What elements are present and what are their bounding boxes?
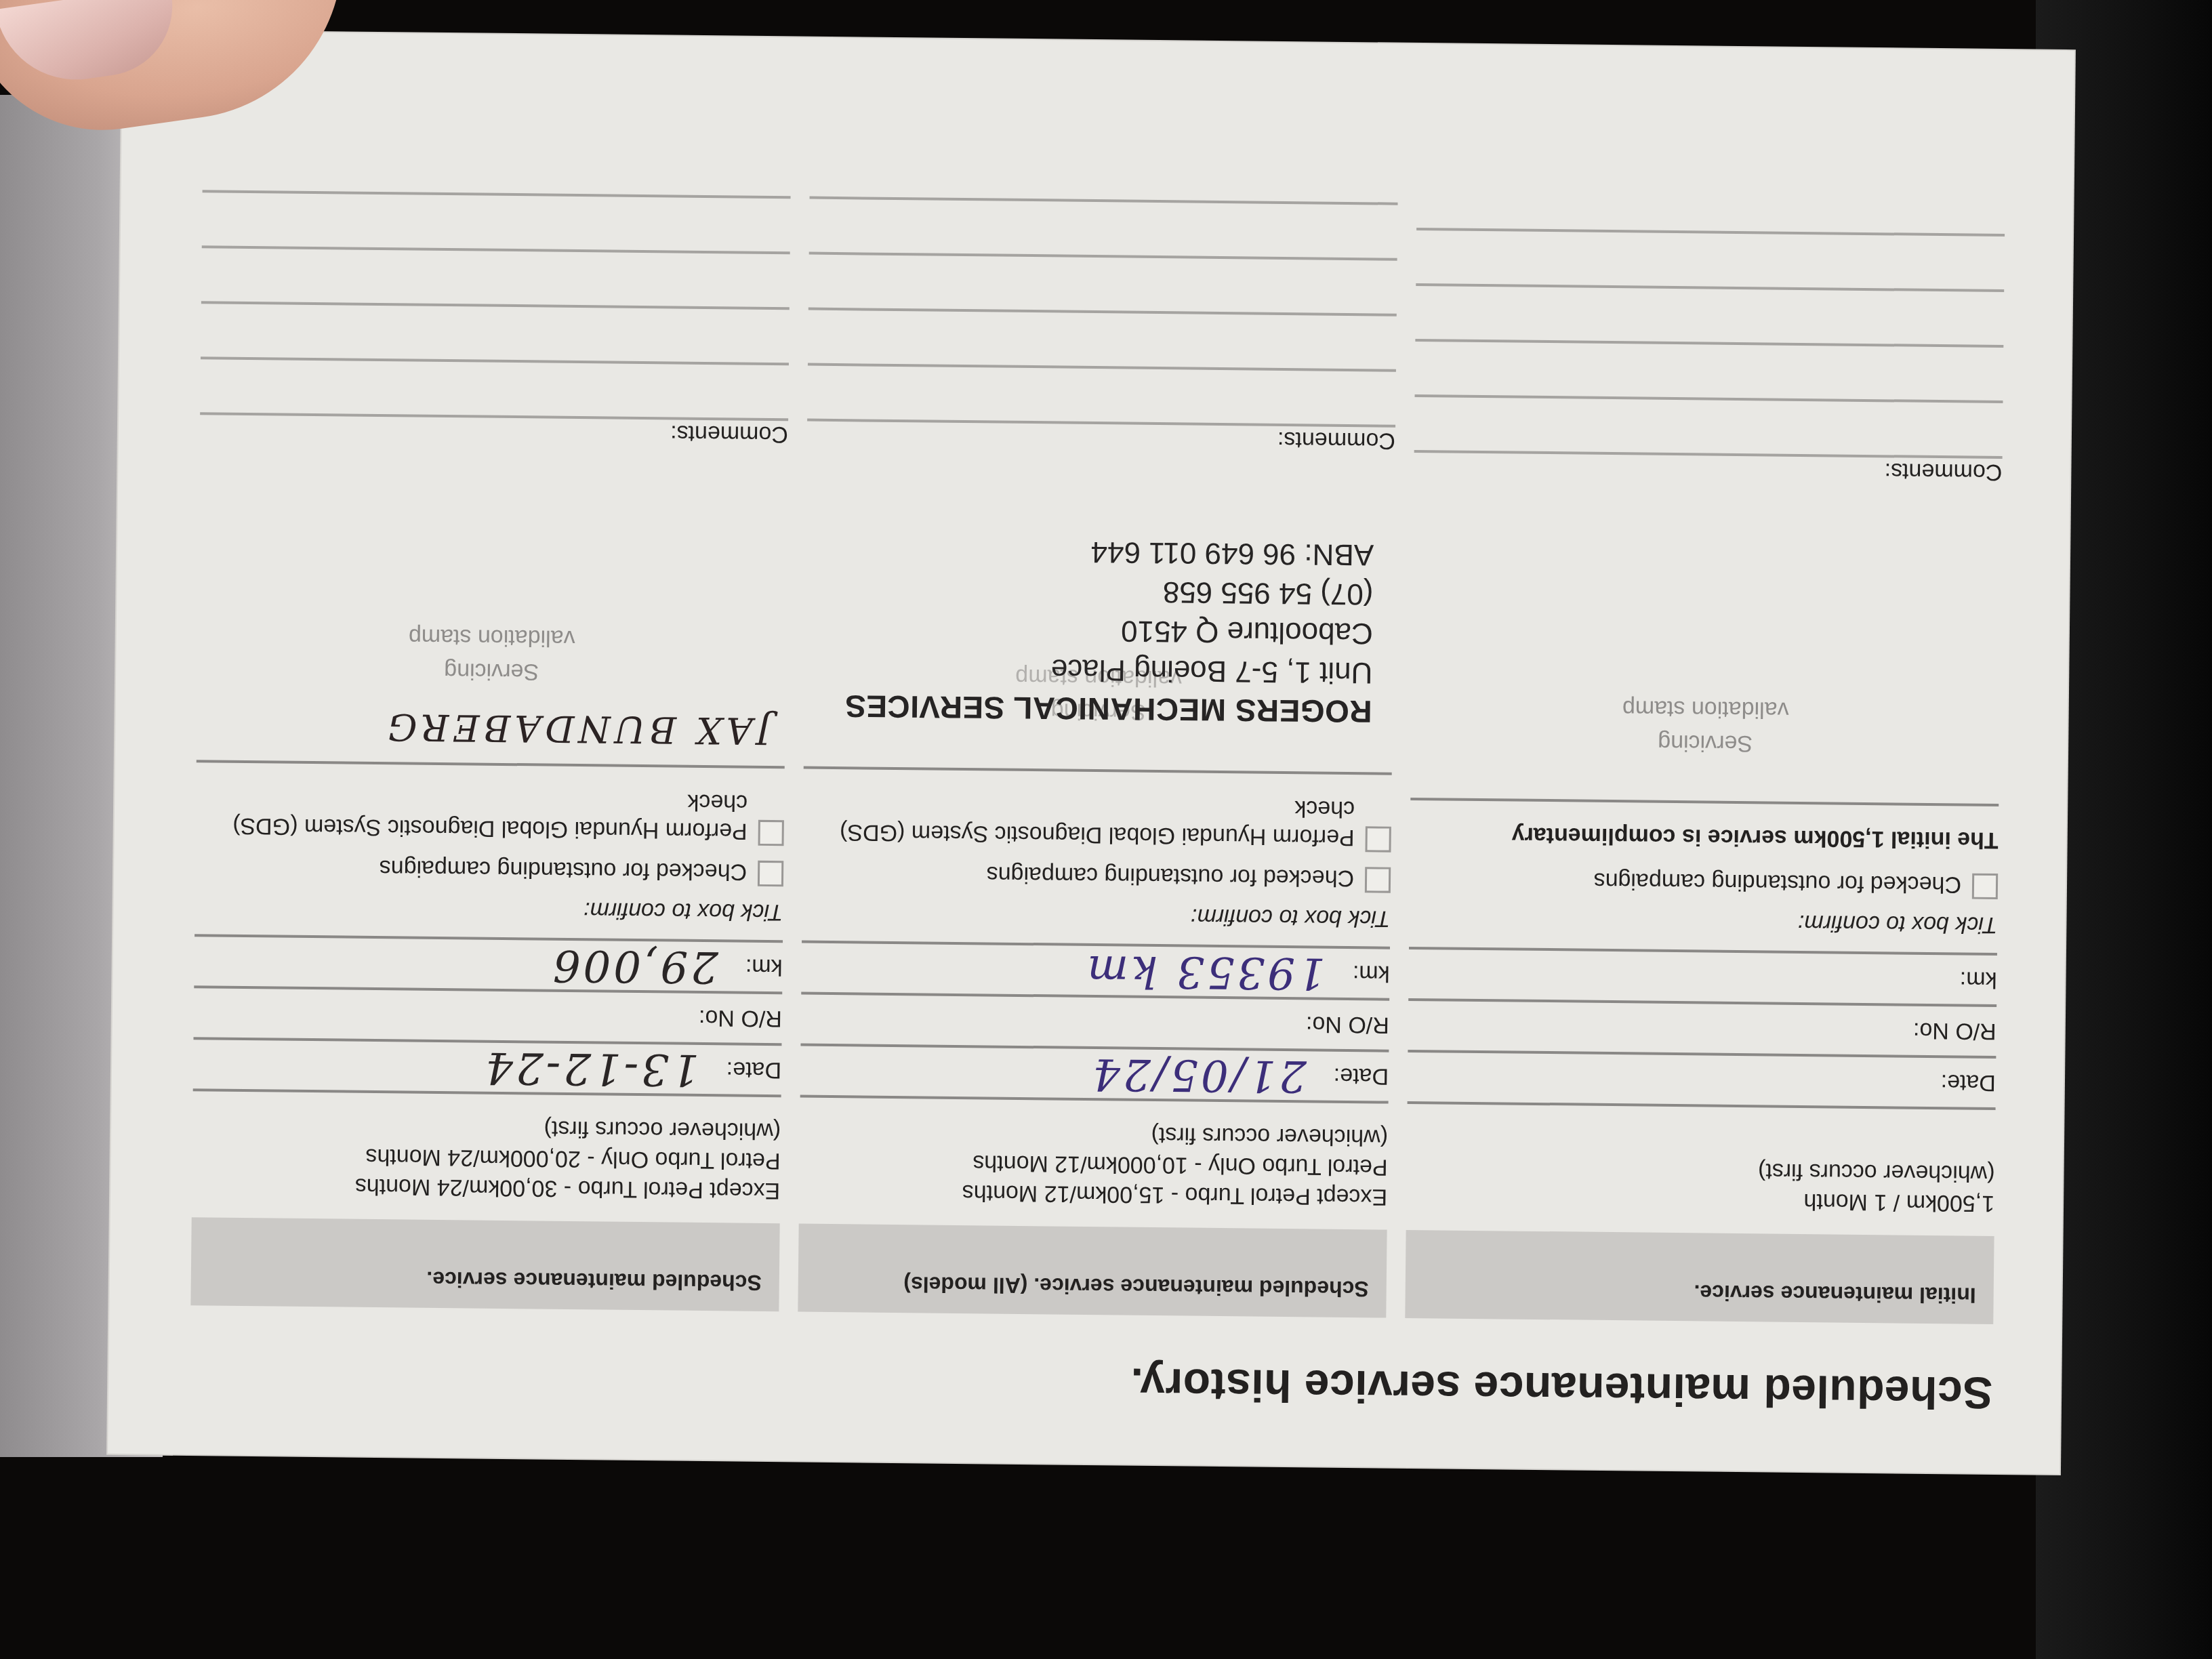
comments-label: Comments: — [200, 415, 788, 447]
checkbox-label: Checked for outstanding campaigns — [379, 854, 747, 886]
comment-line[interactable] — [1415, 286, 2004, 348]
stamp-address-line: Caboolture Q 4510 — [846, 608, 1374, 653]
fingernail — [0, 0, 181, 90]
comment-line[interactable] — [200, 359, 789, 421]
checkbox-label: Checked for outstanding campaigns — [1593, 867, 1961, 899]
complimentary-note: The initial 1,500km service is complimen… — [1410, 821, 1999, 853]
ro-number-field[interactable]: R/O No: — [800, 995, 1389, 1052]
checkbox[interactable] — [1972, 874, 1998, 899]
interval-line: (whichever occurs first) — [800, 1117, 1388, 1153]
checkbox[interactable] — [758, 820, 784, 846]
interval-line: (whichever occurs first) — [1406, 1153, 1994, 1189]
checkbox-outstanding-campaigns[interactable]: Checked for outstanding campaigns — [195, 852, 783, 886]
km-label: km: — [1353, 960, 1390, 987]
comment-line[interactable] — [809, 199, 1398, 261]
comment-line[interactable] — [1414, 397, 2003, 459]
interval-line: Petrol Turbo Only - 10,000km/12 Months — [799, 1147, 1387, 1183]
checkbox[interactable] — [1365, 826, 1391, 852]
comment-line[interactable] — [808, 255, 1397, 316]
page-title: Scheduled maintenance service history. — [1130, 1359, 1993, 1419]
tick-box-instruction: Tick box to confirm: — [802, 899, 1390, 932]
checkbox-label: Checked for outstanding campaigns — [986, 860, 1354, 893]
interval-line: 1,500km / 1 Month — [1406, 1183, 1994, 1218]
stamp-business-name: ROGERS MECHANICAL SERVICES — [844, 687, 1372, 731]
stamp-address-line: Unit 1, 5-7 Boeing Place — [845, 647, 1373, 692]
interval-line: Petrol Turbo Only - 20,000km/24 Months — [192, 1140, 780, 1176]
checkbox-label: Perform Hyundai Global Diagnostic System… — [196, 783, 748, 846]
handwritten-date: 13-12-24 — [483, 1042, 699, 1094]
handwritten-signature: JAX BUNDABERG — [384, 705, 772, 752]
service-columns: Initial maintenance service. 1,500km / 1… — [190, 137, 2005, 1324]
interval-line: Except Petrol Turbo - 15,00km/12 Months — [799, 1176, 1387, 1212]
service-booklet-page: Scheduled maintenance service history. I… — [108, 30, 2074, 1474]
comments-label: Comments: — [1414, 453, 2002, 485]
km-label: km: — [745, 954, 783, 981]
stamp-placeholder-label: Servicing validation stamp — [1617, 691, 1794, 761]
column-header: Scheduled maintenance service. — [190, 1217, 779, 1311]
km-label: km: — [1960, 966, 1997, 994]
tick-box-instruction: Tick box to confirm: — [194, 893, 783, 925]
comment-line[interactable] — [807, 366, 1396, 428]
stamp-area: JAX BUNDABERG Servicing validation stamp — [197, 448, 788, 766]
comments-label: Comments: — [807, 422, 1395, 454]
date-field[interactable]: Date: — [1408, 1052, 1996, 1110]
km-field[interactable]: km: 29,006 — [194, 934, 783, 994]
ro-number-field[interactable]: R/O No: — [1408, 1001, 1996, 1059]
comment-line[interactable] — [202, 192, 791, 254]
column-initial-service: Initial maintenance service. 1,500km / 1… — [1405, 150, 2005, 1324]
stamp-phone: (07) 54 955 658 — [846, 569, 1374, 613]
dealer-stamp: ROGERS MECHANICAL SERVICES Unit 1, 5-7 B… — [844, 529, 1374, 731]
comment-line[interactable] — [201, 248, 790, 310]
km-field[interactable]: km: — [1408, 947, 1997, 1007]
stamp-abn: ABN: 96 649 011 644 — [846, 529, 1374, 574]
ro-label: R/O No: — [699, 1004, 782, 1031]
date-label: Date: — [1940, 1069, 1996, 1097]
checkbox-outstanding-campaigns[interactable]: Checked for outstanding campaigns — [802, 859, 1391, 893]
date-label: Date: — [726, 1057, 782, 1084]
date-field[interactable]: Date: 21/05/24 — [800, 1046, 1389, 1104]
column-header: Scheduled maintenance service. (All mode… — [798, 1224, 1387, 1318]
checkbox[interactable] — [758, 861, 783, 886]
comment-line[interactable] — [201, 304, 790, 365]
stamp-area: Servicing validation stamp ROGERS MECHAN… — [804, 455, 1395, 773]
checkbox-label: Perform Hyundai Global Diagnostic System… — [803, 790, 1355, 853]
date-field[interactable]: Date: 13-12-24 — [193, 1040, 782, 1097]
handwritten-km: 19353 km — [1084, 945, 1326, 998]
stamp-placeholder-label: Servicing validation stamp — [403, 619, 580, 689]
stamp-area: Servicing validation stamp — [1410, 486, 2002, 804]
column-header: Initial maintenance service. — [1405, 1230, 1994, 1324]
comment-line[interactable] — [203, 137, 792, 199]
comment-line[interactable] — [1415, 342, 2004, 403]
comment-line[interactable] — [1416, 230, 2005, 292]
checkbox-gds-check[interactable]: Perform Hyundai Global Diagnostic System… — [803, 790, 1392, 853]
service-interval: Except Petrol Turbo - 30,00km/24 Months … — [192, 1091, 781, 1223]
ro-label: R/O No: — [1913, 1017, 1996, 1044]
date-label: Date: — [1334, 1063, 1389, 1090]
service-interval: 1,500km / 1 Month (whichever occurs firs… — [1406, 1104, 1996, 1236]
handwritten-km: 29,006 — [550, 940, 719, 992]
column-scheduled-service-1: Scheduled maintenance service. (All mode… — [798, 144, 1398, 1318]
column-scheduled-service-2: Scheduled maintenance service. Except Pe… — [190, 137, 791, 1311]
comment-line[interactable] — [1416, 175, 2005, 237]
checkbox[interactable] — [1365, 867, 1391, 893]
km-field[interactable]: km: 19353 km — [801, 941, 1390, 1001]
comment-line[interactable] — [810, 144, 1399, 205]
handwritten-date: 21/05/24 — [1090, 1048, 1307, 1101]
checkbox-gds-check[interactable]: Perform Hyundai Global Diagnostic System… — [196, 783, 785, 846]
comment-line[interactable] — [808, 310, 1397, 372]
ro-number-field[interactable]: R/O No: — [193, 988, 782, 1046]
service-interval: Except Petrol Turbo - 15,00km/12 Months … — [799, 1098, 1389, 1230]
interval-line: (whichever occurs first) — [192, 1110, 781, 1146]
ro-label: R/O No: — [1306, 1011, 1389, 1038]
tick-box-instruction: Tick box to confirm: — [1409, 905, 1997, 938]
checkbox-outstanding-campaigns[interactable]: Checked for outstanding campaigns — [1410, 865, 1998, 899]
interval-line: Except Petrol Turbo - 30,00km/24 Months — [192, 1170, 780, 1206]
